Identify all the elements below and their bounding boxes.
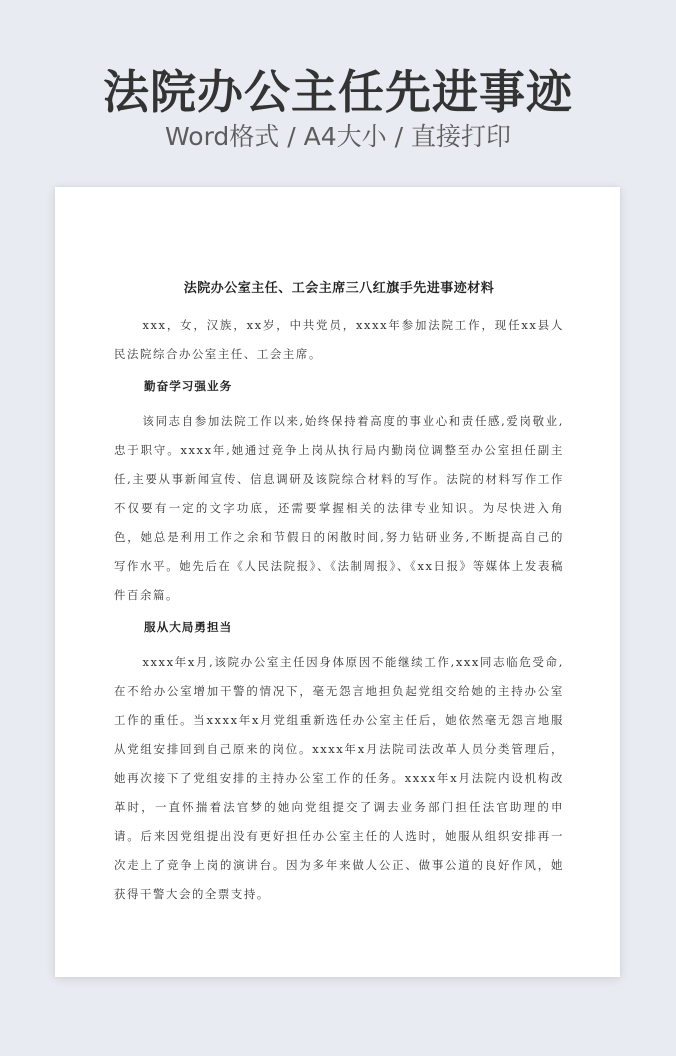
section-paragraph-responsibility: xxxx年x月,该院办公室主任因身体原因不能继续工作,xxx同志临危受命,在不给… xyxy=(114,648,564,909)
section-heading-study: 勤奋学习强业务 xyxy=(114,372,564,401)
intro-paragraph: xxx，女，汉族，xx岁，中共党员，xxxx年参加法院工作，现任xx县人民法院综… xyxy=(114,311,564,369)
page-title: 法院办公主任先进事迹 xyxy=(0,64,676,120)
document-page: 法院办公室主任、工会主席三八红旗手先进事迹材料 xxx，女，汉族，xx岁，中共党… xyxy=(55,187,620,977)
section-heading-responsibility: 服从大局勇担当 xyxy=(114,613,564,642)
section-paragraph-study: 该同志自参加法院工作以来,始终保持着高度的事业心和责任感,爱岗敬业,忠于职守。x… xyxy=(114,407,564,610)
document-body: 法院办公室主任、工会主席三八红旗手先进事迹材料 xxx，女，汉族，xx岁，中共党… xyxy=(114,277,564,909)
page-subtitle: Word格式 / A4大小 / 直接打印 xyxy=(0,120,676,154)
document-title: 法院办公室主任、工会主席三八红旗手先进事迹材料 xyxy=(114,277,564,301)
